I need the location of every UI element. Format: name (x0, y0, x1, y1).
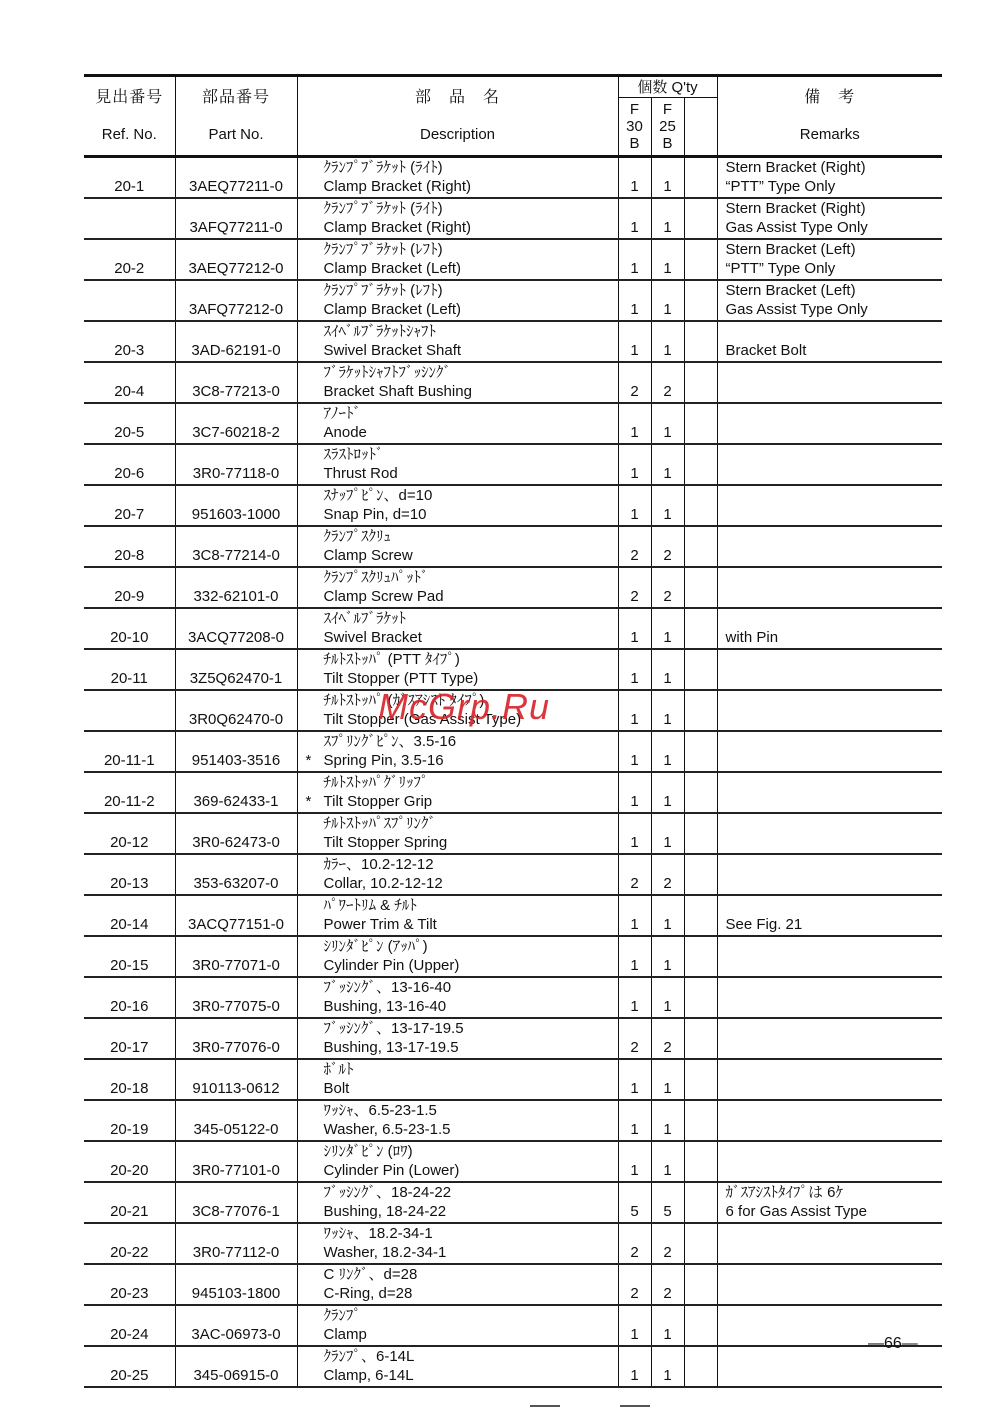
qty-f25b: 1 (651, 608, 684, 649)
description-en: Swivel Bracket (324, 628, 618, 647)
part-no: 345-06915-0 (175, 1346, 297, 1387)
remarks-line-1 (726, 691, 943, 710)
part-no: 345-05122-0 (175, 1100, 297, 1141)
ref-no: 20-13 (84, 854, 175, 895)
description: C ﾘﾝｸﾞ、d=28C-Ring, d=28 (297, 1264, 618, 1305)
table-row: 20-173R0-77076-0ﾌﾞｯｼﾝｸﾞ、13-17-19.5Bushin… (84, 1018, 942, 1059)
description: ｽﾅｯﾌﾟﾋﾟﾝ、d=10Snap Pin, d=10 (297, 485, 618, 526)
description-jp: ﾊﾟﾜｰﾄﾘﾑ & ﾁﾙﾄ (324, 896, 618, 915)
remarks (717, 1059, 942, 1100)
ref-no: 20-18 (84, 1059, 175, 1100)
description-jp: ｽｲﾍﾞﾙﾌﾞﾗｹｯﾄｼｬﾌﾄ (324, 322, 618, 341)
description-jp: ﾁﾙﾄｽﾄｯﾊﾟｸﾞﾘｯﾌﾟ (324, 773, 618, 792)
remarks (717, 485, 942, 526)
header-quantity: 個数 Q'ty (618, 76, 717, 98)
remarks (717, 567, 942, 608)
qty-f25b: 1 (651, 198, 684, 239)
remarks-line-2 (726, 1161, 943, 1180)
description: *ﾁﾙﾄｽﾄｯﾊﾟｸﾞﾘｯﾌﾟTilt Stopper Grip (297, 772, 618, 813)
header-model-empty (684, 98, 717, 157)
qty-f30b: 1 (618, 444, 651, 485)
description: ｸﾗﾝﾌﾟｽｸﾘｭClamp Screw (297, 526, 618, 567)
qty-f25b: 1 (651, 936, 684, 977)
remarks-line-1 (726, 1306, 943, 1325)
remarks: Bracket Bolt (717, 321, 942, 362)
qty-f30b: 1 (618, 977, 651, 1018)
qty-f30b: 1 (618, 403, 651, 444)
table-row: 20-23945103-1800C ﾘﾝｸﾞ、d=28C-Ring, d=282… (84, 1264, 942, 1305)
qty-empty (684, 157, 717, 199)
qty-f30b: 5 (618, 1182, 651, 1223)
part-no: 3ACQ77151-0 (175, 895, 297, 936)
header-model-f25b: F 25 B (651, 98, 684, 157)
qty-empty (684, 362, 717, 403)
table-row: 20-63R0-77118-0ｽﾗｽﾄﾛｯﾄﾞThrust Rod11 (84, 444, 942, 485)
qty-f25b: 1 (651, 1346, 684, 1387)
remarks (717, 1018, 942, 1059)
remarks (717, 854, 942, 895)
remarks: Stern Bracket (Left)Gas Assist Type Only (717, 280, 942, 321)
scan-mark (530, 1405, 560, 1407)
scan-mark (620, 1405, 650, 1407)
part-no: 3AD-62191-0 (175, 321, 297, 362)
description-jp: ﾌﾞｯｼﾝｸﾞ、13-17-19.5 (324, 1019, 618, 1038)
part-no: 3R0-77112-0 (175, 1223, 297, 1264)
qty-f25b: 1 (651, 1305, 684, 1346)
remarks-line-1 (726, 650, 943, 669)
description-jp: ｱﾉｰﾄﾞ (324, 404, 618, 423)
part-no: 3R0-77076-0 (175, 1018, 297, 1059)
qty-empty (684, 1264, 717, 1305)
description-en: Cylinder Pin (Upper) (324, 956, 618, 975)
qty-f30b: 1 (618, 731, 651, 772)
table-row: 20-13353-63207-0ｶﾗｰ、10.2-12-12Collar, 10… (84, 854, 942, 895)
description-en: Clamp Bracket (Right) (324, 177, 618, 196)
remarks-line-1: Stern Bracket (Left) (726, 240, 943, 259)
remarks-line-2 (726, 382, 943, 401)
part-no: 3R0Q62470-0 (175, 690, 297, 731)
remarks: See Fig. 21 (717, 895, 942, 936)
part-no: 3Z5Q62470-1 (175, 649, 297, 690)
remarks-line-1 (726, 322, 943, 341)
ref-no: 20-20 (84, 1141, 175, 1182)
qty-empty (684, 239, 717, 280)
watermark: McGrp.Ru (378, 686, 550, 728)
remarks-line-1 (726, 855, 943, 874)
remarks-line-1: Stern Bracket (Right) (726, 158, 943, 177)
qty-f25b: 2 (651, 526, 684, 567)
qty-empty (684, 977, 717, 1018)
remarks-line-1 (726, 445, 943, 464)
asterisk-mark: * (306, 751, 312, 770)
description: ｽｲﾍﾞﾙﾌﾞﾗｹｯﾄSwivel Bracket (297, 608, 618, 649)
ref-no: 20-11 (84, 649, 175, 690)
remarks (717, 1100, 942, 1141)
description-en: Clamp (324, 1325, 618, 1344)
page-number: —66— (868, 1335, 918, 1353)
description-jp: ｼﾘﾝﾀﾞﾋﾟﾝ (ﾛﾜ) (324, 1142, 618, 1161)
qty-empty (684, 608, 717, 649)
remarks-line-1 (726, 609, 943, 628)
qty-f30b: 1 (618, 1059, 651, 1100)
description-en: Clamp Screw Pad (324, 587, 618, 606)
table-header: 見出番号 Ref. No. 部品番号 Part No. 部 品 名 Descri… (84, 76, 942, 157)
part-no: 3C8-77076-1 (175, 1182, 297, 1223)
description-jp: ﾎﾞﾙﾄ (324, 1060, 618, 1079)
description: ｸﾗﾝﾌﾟClamp (297, 1305, 618, 1346)
qty-f25b: 2 (651, 1018, 684, 1059)
description: ｸﾗﾝﾌﾟﾌﾞﾗｹｯﾄ (ﾗｲﾄ)Clamp Bracket (Right) (297, 198, 618, 239)
description-en: Clamp Bracket (Left) (324, 259, 618, 278)
remarks-line-1: ｶﾞｽｱｼｽﾄﾀｲﾌﾟは 6ｹ (726, 1183, 943, 1202)
description-jp: ｸﾗﾝﾌﾟﾌﾞﾗｹｯﾄ (ﾚﾌﾄ) (324, 240, 618, 259)
remarks-line-2 (726, 423, 943, 442)
description: ﾎﾞﾙﾄBolt (297, 1059, 618, 1100)
qty-empty (684, 649, 717, 690)
qty-f25b: 1 (651, 977, 684, 1018)
description-en: Bushing, 13-17-19.5 (324, 1038, 618, 1057)
remarks-line-2 (726, 546, 943, 565)
description-en: Tilt Stopper Spring (324, 833, 618, 852)
description: ｸﾗﾝﾌﾟ、6-14LClamp, 6-14L (297, 1346, 618, 1387)
qty-f30b: 1 (618, 936, 651, 977)
remarks-line-2: with Pin (726, 628, 943, 647)
ref-no: 20-4 (84, 362, 175, 403)
ref-no: 20-2 (84, 239, 175, 280)
description: ﾊﾟﾜｰﾄﾘﾑ & ﾁﾙﾄPower Trim & Tilt (297, 895, 618, 936)
remarks-line-2: 6 for Gas Assist Type (726, 1202, 943, 1221)
description-en: Washer, 18.2-34-1 (324, 1243, 618, 1262)
remarks-line-2: See Fig. 21 (726, 915, 943, 934)
table-row: 20-9332-62101-0ｸﾗﾝﾌﾟｽｸﾘｭﾊﾟｯﾄﾞClamp Screw… (84, 567, 942, 608)
remarks-line-1 (726, 896, 943, 915)
qty-f25b: 2 (651, 362, 684, 403)
description-jp: ｸﾗﾝﾌﾟ、6-14L (324, 1347, 618, 1366)
description: ｸﾗﾝﾌﾟﾌﾞﾗｹｯﾄ (ﾚﾌﾄ)Clamp Bracket (Left) (297, 239, 618, 280)
description: *ｽﾌﾟﾘﾝｸﾞﾋﾟﾝ、3.5-16Spring Pin, 3.5-16 (297, 731, 618, 772)
remarks-line-1 (726, 937, 943, 956)
description-jp: ﾌﾞｯｼﾝｸﾞ、18-24-22 (324, 1183, 618, 1202)
remarks-line-2: “PTT” Type Only (726, 177, 943, 196)
description-en: Bracket Shaft Bushing (324, 382, 618, 401)
part-no: 951603-1000 (175, 485, 297, 526)
qty-f30b: 1 (618, 239, 651, 280)
qty-f30b: 1 (618, 198, 651, 239)
qty-empty (684, 567, 717, 608)
ref-no: 20-22 (84, 1223, 175, 1264)
remarks-line-2 (726, 1366, 943, 1385)
table-row: 3AFQ77211-0ｸﾗﾝﾌﾟﾌﾞﾗｹｯﾄ (ﾗｲﾄ)Clamp Bracke… (84, 198, 942, 239)
qty-f25b: 1 (651, 485, 684, 526)
description: ﾌﾞﾗｹｯﾄｼｬﾌﾄﾌﾞｯｼﾝｸﾞBracket Shaft Bushing (297, 362, 618, 403)
description-en: Washer, 6.5-23-1.5 (324, 1120, 618, 1139)
description-jp: ｼﾘﾝﾀﾞﾋﾟﾝ (ｱｯﾊﾟ) (324, 937, 618, 956)
remarks: Stern Bracket (Left)“PTT” Type Only (717, 239, 942, 280)
table-row: 20-13AEQ77211-0ｸﾗﾝﾌﾟﾌﾞﾗｹｯﾄ (ﾗｲﾄ)Clamp Br… (84, 157, 942, 199)
description-en: Bolt (324, 1079, 618, 1098)
remarks-line-1 (726, 1060, 943, 1079)
description-en: Snap Pin, d=10 (324, 505, 618, 524)
qty-empty (684, 321, 717, 362)
qty-empty (684, 1305, 717, 1346)
remarks (717, 1223, 942, 1264)
qty-f30b: 1 (618, 649, 651, 690)
description-en: Bushing, 18-24-22 (324, 1202, 618, 1221)
table-row: 20-53C7-60218-2ｱﾉｰﾄﾞAnode11 (84, 403, 942, 444)
ref-no: 20-8 (84, 526, 175, 567)
table-row: 20-103ACQ77208-0ｽｲﾍﾞﾙﾌﾞﾗｹｯﾄSwivel Bracke… (84, 608, 942, 649)
qty-f25b: 5 (651, 1182, 684, 1223)
remarks-line-2 (726, 833, 943, 852)
ref-no (84, 690, 175, 731)
part-no: 3R0-62473-0 (175, 813, 297, 854)
remarks (717, 649, 942, 690)
remarks-line-2: Bracket Bolt (726, 341, 943, 360)
description-jp: ｸﾗﾝﾌﾟｽｸﾘｭﾊﾟｯﾄﾞ (324, 568, 618, 587)
ref-no (84, 198, 175, 239)
remarks-line-1 (726, 363, 943, 382)
description-jp: ﾁﾙﾄｽﾄｯﾊﾟｽﾌﾟﾘﾝｸﾞ (324, 814, 618, 833)
header-model-f30b: F 30 B (618, 98, 651, 157)
description: ﾌﾞｯｼﾝｸﾞ、13-16-40Bushing, 13-16-40 (297, 977, 618, 1018)
description-jp: ｸﾗﾝﾌﾟﾌﾞﾗｹｯﾄ (ﾗｲﾄ) (324, 158, 618, 177)
qty-f30b: 1 (618, 280, 651, 321)
table-row: 20-43C8-77213-0ﾌﾞﾗｹｯﾄｼｬﾌﾄﾌﾞｯｼﾝｸﾞBracket … (84, 362, 942, 403)
description: ﾌﾞｯｼﾝｸﾞ、18-24-22Bushing, 18-24-22 (297, 1182, 618, 1223)
qty-empty (684, 1018, 717, 1059)
ref-no: 20-15 (84, 936, 175, 977)
remarks-line-2 (726, 669, 943, 688)
remarks-line-1 (726, 527, 943, 546)
qty-f25b: 1 (651, 731, 684, 772)
remarks-line-1: Stern Bracket (Right) (726, 199, 943, 218)
table-row: 20-83C8-77214-0ｸﾗﾝﾌﾟｽｸﾘｭClamp Screw22 (84, 526, 942, 567)
remarks (717, 1141, 942, 1182)
remarks-line-2 (726, 464, 943, 483)
remarks: with Pin (717, 608, 942, 649)
part-no: 3C8-77213-0 (175, 362, 297, 403)
qty-f25b: 1 (651, 772, 684, 813)
qty-f30b: 2 (618, 1264, 651, 1305)
remarks-line-1 (726, 1142, 943, 1161)
ref-no: 20-3 (84, 321, 175, 362)
description-jp: ﾜｯｼｬ、18.2-34-1 (324, 1224, 618, 1243)
qty-empty (684, 403, 717, 444)
qty-f25b: 1 (651, 157, 684, 199)
remarks-line-2: “PTT” Type Only (726, 259, 943, 278)
qty-empty (684, 854, 717, 895)
description-jp: ﾌﾞｯｼﾝｸﾞ、13-16-40 (324, 978, 618, 997)
qty-empty (684, 936, 717, 977)
description: ｼﾘﾝﾀﾞﾋﾟﾝ (ﾛﾜ)Cylinder Pin (Lower) (297, 1141, 618, 1182)
part-no: 3AFQ77211-0 (175, 198, 297, 239)
remarks-line-2 (726, 874, 943, 893)
table-row: 20-18910113-0612ﾎﾞﾙﾄBolt11 (84, 1059, 942, 1100)
header-ref-no: 見出番号 Ref. No. (84, 76, 175, 157)
part-no: 3ACQ77208-0 (175, 608, 297, 649)
table-row: 20-223R0-77112-0ﾜｯｼｬ、18.2-34-1Washer, 18… (84, 1223, 942, 1264)
header-part-no: 部品番号 Part No. (175, 76, 297, 157)
description-en: Clamp Bracket (Right) (324, 218, 618, 237)
parts-rows: 20-13AEQ77211-0ｸﾗﾝﾌﾟﾌﾞﾗｹｯﾄ (ﾗｲﾄ)Clamp Br… (84, 157, 942, 1388)
part-no: 3AEQ77212-0 (175, 239, 297, 280)
ref-no: 20-5 (84, 403, 175, 444)
qty-empty (684, 1223, 717, 1264)
remarks-line-2 (726, 956, 943, 975)
qty-empty (684, 1182, 717, 1223)
description-jp: ｽﾅｯﾌﾟﾋﾟﾝ、d=10 (324, 486, 618, 505)
part-no: 353-63207-0 (175, 854, 297, 895)
description-jp: ｸﾗﾝﾌﾟﾌﾞﾗｹｯﾄ (ﾗｲﾄ) (324, 199, 618, 218)
description: ｽﾗｽﾄﾛｯﾄﾞThrust Rod (297, 444, 618, 485)
parts-list-sheet: 見出番号 Ref. No. 部品番号 Part No. 部 品 名 Descri… (84, 74, 942, 1388)
qty-empty (684, 1346, 717, 1387)
remarks-line-2: Gas Assist Type Only (726, 300, 943, 319)
part-no: 945103-1800 (175, 1264, 297, 1305)
qty-f30b: 2 (618, 362, 651, 403)
remarks-line-1 (726, 1019, 943, 1038)
remarks (717, 444, 942, 485)
qty-empty (684, 895, 717, 936)
remarks-line-2 (726, 587, 943, 606)
remarks-line-1 (726, 1101, 943, 1120)
table-row: 20-25345-06915-0ｸﾗﾝﾌﾟ、6-14LClamp, 6-14L1… (84, 1346, 942, 1387)
description: ｼﾘﾝﾀﾞﾋﾟﾝ (ｱｯﾊﾟ)Cylinder Pin (Upper) (297, 936, 618, 977)
qty-empty (684, 731, 717, 772)
qty-empty (684, 280, 717, 321)
ref-no: 20-21 (84, 1182, 175, 1223)
part-no: 3R0-77071-0 (175, 936, 297, 977)
qty-f25b: 1 (651, 444, 684, 485)
qty-f30b: 2 (618, 1223, 651, 1264)
qty-f25b: 1 (651, 813, 684, 854)
qty-f25b: 1 (651, 239, 684, 280)
ref-no: 20-19 (84, 1100, 175, 1141)
description-en: Cylinder Pin (Lower) (324, 1161, 618, 1180)
table-row: 20-143ACQ77151-0ﾊﾟﾜｰﾄﾘﾑ & ﾁﾙﾄPower Trim … (84, 895, 942, 936)
ref-no: 20-17 (84, 1018, 175, 1059)
qty-f30b: 1 (618, 1346, 651, 1387)
qty-empty (684, 1100, 717, 1141)
qty-empty (684, 690, 717, 731)
ref-no: 20-6 (84, 444, 175, 485)
part-no: 910113-0612 (175, 1059, 297, 1100)
remarks-line-1 (726, 978, 943, 997)
qty-f25b: 1 (651, 280, 684, 321)
qty-f30b: 1 (618, 485, 651, 526)
table-row: 20-113Z5Q62470-1ﾁﾙﾄｽﾄｯﾊﾟ (PTT ﾀｲﾌﾟ)Tilt … (84, 649, 942, 690)
description: ﾜｯｼｬ、6.5-23-1.5Washer, 6.5-23-1.5 (297, 1100, 618, 1141)
description: ﾌﾞｯｼﾝｸﾞ、13-17-19.5Bushing, 13-17-19.5 (297, 1018, 618, 1059)
table-row: 20-243AC-06973-0ｸﾗﾝﾌﾟClamp11 (84, 1305, 942, 1346)
remarks (717, 690, 942, 731)
table-row: 20-23AEQ77212-0ｸﾗﾝﾌﾟﾌﾞﾗｹｯﾄ (ﾚﾌﾄ)Clamp Br… (84, 239, 942, 280)
qty-f30b: 2 (618, 567, 651, 608)
description-jp: ﾁﾙﾄｽﾄｯﾊﾟ (PTT ﾀｲﾌﾟ) (324, 650, 618, 669)
remarks (717, 772, 942, 813)
table-row: 20-7951603-1000ｽﾅｯﾌﾟﾋﾟﾝ、d=10Snap Pin, d=… (84, 485, 942, 526)
description-en: Anode (324, 423, 618, 442)
qty-f30b: 2 (618, 854, 651, 895)
table-row: 20-11-2369-62433-1*ﾁﾙﾄｽﾄｯﾊﾟｸﾞﾘｯﾌﾟTilt St… (84, 772, 942, 813)
qty-f25b: 2 (651, 1223, 684, 1264)
description: ｶﾗｰ、10.2-12-12Collar, 10.2-12-12 (297, 854, 618, 895)
remarks-line-2 (726, 1079, 943, 1098)
ref-no: 20-9 (84, 567, 175, 608)
description-en: C-Ring, d=28 (324, 1284, 618, 1303)
qty-f25b: 2 (651, 854, 684, 895)
table-row: 20-123R0-62473-0ﾁﾙﾄｽﾄｯﾊﾟｽﾌﾟﾘﾝｸﾞTilt Stop… (84, 813, 942, 854)
remarks-line-1 (726, 732, 943, 751)
qty-f25b: 2 (651, 567, 684, 608)
remarks-line-1 (726, 773, 943, 792)
description-jp: C ﾘﾝｸﾞ、d=28 (324, 1265, 618, 1284)
remarks: Stern Bracket (Right)Gas Assist Type Onl… (717, 198, 942, 239)
remarks: ｶﾞｽｱｼｽﾄﾀｲﾌﾟは 6ｹ6 for Gas Assist Type (717, 1182, 942, 1223)
ref-no: 20-11-2 (84, 772, 175, 813)
ref-no: 20-7 (84, 485, 175, 526)
part-no: 3AFQ77212-0 (175, 280, 297, 321)
description-jp: ｶﾗｰ、10.2-12-12 (324, 855, 618, 874)
table-row: 20-203R0-77101-0ｼﾘﾝﾀﾞﾋﾟﾝ (ﾛﾜ)Cylinder Pi… (84, 1141, 942, 1182)
qty-empty (684, 1141, 717, 1182)
ref-no (84, 280, 175, 321)
description-jp: ｽｲﾍﾞﾙﾌﾞﾗｹｯﾄ (324, 609, 618, 628)
description-en: Clamp Screw (324, 546, 618, 565)
remarks (717, 731, 942, 772)
remarks: Stern Bracket (Right)“PTT” Type Only (717, 157, 942, 199)
remarks-line-1 (726, 568, 943, 587)
table-row: 20-213C8-77076-1ﾌﾞｯｼﾝｸﾞ、18-24-22Bushing,… (84, 1182, 942, 1223)
description-jp: ﾜｯｼｬ、6.5-23-1.5 (324, 1101, 618, 1120)
ref-no: 20-10 (84, 608, 175, 649)
table-row: 20-19345-05122-0ﾜｯｼｬ、6.5-23-1.5Washer, 6… (84, 1100, 942, 1141)
qty-f25b: 1 (651, 1100, 684, 1141)
remarks (717, 403, 942, 444)
description: ｽｲﾍﾞﾙﾌﾞﾗｹｯﾄｼｬﾌﾄSwivel Bracket Shaft (297, 321, 618, 362)
ref-no: 20-1 (84, 157, 175, 199)
remarks-line-2 (726, 997, 943, 1016)
remarks-line-2 (726, 751, 943, 770)
remarks-line-1 (726, 404, 943, 423)
qty-f25b: 2 (651, 1264, 684, 1305)
description-en: Thrust Rod (324, 464, 618, 483)
qty-f25b: 1 (651, 1141, 684, 1182)
header-description: 部 品 名 Description (297, 76, 618, 157)
ref-no: 20-11-1 (84, 731, 175, 772)
part-no: 3AEQ77211-0 (175, 157, 297, 199)
remarks-line-2 (726, 710, 943, 729)
description: ｱﾉｰﾄﾞAnode (297, 403, 618, 444)
qty-empty (684, 1059, 717, 1100)
description-en: Power Trim & Tilt (324, 915, 618, 934)
qty-f30b: 1 (618, 1305, 651, 1346)
remarks-line-2 (726, 505, 943, 524)
description-jp: ｸﾗﾝﾌﾟｽｸﾘｭ (324, 527, 618, 546)
description: ｸﾗﾝﾌﾟｽｸﾘｭﾊﾟｯﾄﾞClamp Screw Pad (297, 567, 618, 608)
qty-empty (684, 772, 717, 813)
description: ｸﾗﾝﾌﾟﾌﾞﾗｹｯﾄ (ﾗｲﾄ)Clamp Bracket (Right) (297, 157, 618, 199)
remarks (717, 1264, 942, 1305)
table-row: 20-163R0-77075-0ﾌﾞｯｼﾝｸﾞ、13-16-40Bushing,… (84, 977, 942, 1018)
ref-no: 20-24 (84, 1305, 175, 1346)
qty-f30b: 1 (618, 690, 651, 731)
part-no: 3C8-77214-0 (175, 526, 297, 567)
remarks-line-1 (726, 1224, 943, 1243)
qty-empty (684, 444, 717, 485)
description-en: Clamp, 6-14L (324, 1366, 618, 1385)
remarks (717, 813, 942, 854)
